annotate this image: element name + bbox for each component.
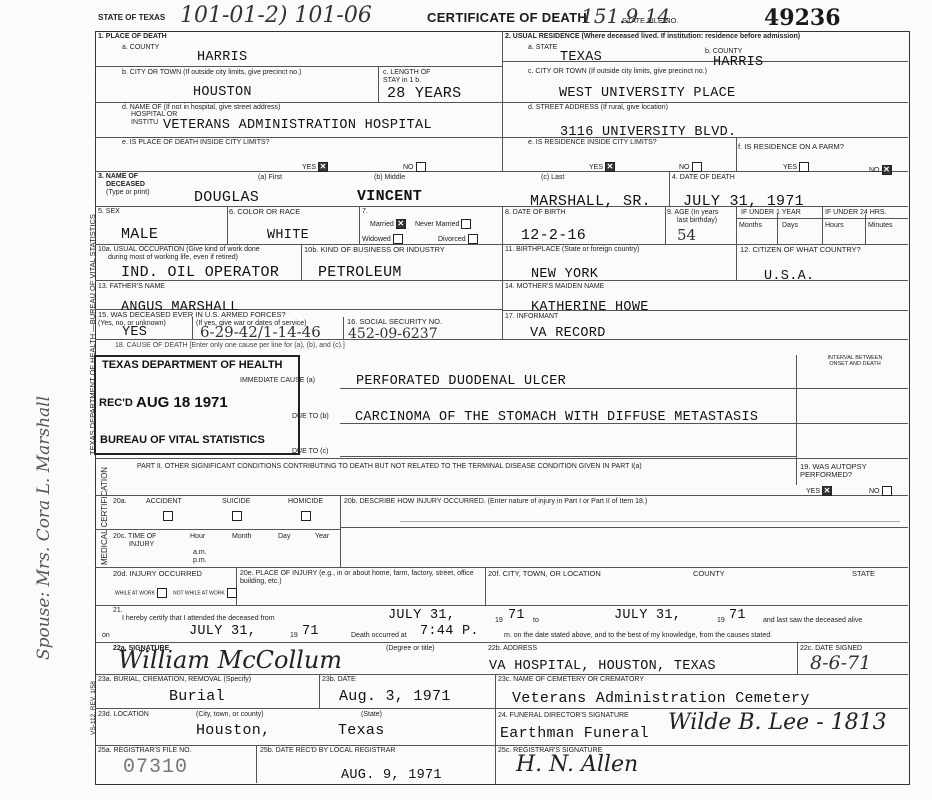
race-label: 6. COLOR OR RACE	[229, 208, 300, 216]
hospital-name[interactable]: VETERANS ADMINISTRATION HOSPITAL	[163, 118, 432, 133]
time-of-death[interactable]: 7:44 P.	[420, 624, 479, 639]
autopsy-label: 19. WAS AUTOPSY PERFORMED?	[800, 463, 904, 479]
homicide-label: HOMICIDE	[288, 498, 323, 506]
farm-no-checkbox[interactable]: NO✕	[869, 165, 892, 175]
physician-address[interactable]: VA HOSPITAL, HOUSTON, TEXAS	[489, 659, 716, 674]
attended-from-date[interactable]: JULY 31,	[388, 608, 455, 623]
days-label: Days	[782, 222, 798, 230]
middle-name[interactable]: VINCENT	[357, 188, 422, 205]
suicide-label: SUICIDE	[222, 498, 250, 506]
divorced-checkbox[interactable]: Divorced	[438, 234, 478, 244]
res-state[interactable]: TEXAS	[560, 50, 602, 65]
age-label-1: 9. AGE (In years	[667, 209, 718, 217]
burial-city[interactable]: Houston,	[196, 722, 270, 739]
res-street[interactable]: 3116 UNIVERSITY BLVD.	[560, 125, 736, 140]
death-inside-limits-label: e. IS PLACE OF DEATH INSIDE CITY LIMITS?	[122, 139, 270, 147]
social-security-no[interactable]: 452-09-6237	[348, 326, 438, 342]
registrar-file-label: 25a. REGISTRAR'S FILE NO.	[98, 747, 192, 755]
am-label: a.m.	[193, 549, 207, 557]
name-label-3: (Type or print)	[106, 189, 150, 197]
registrar-signature[interactable]: H. N. Allen	[516, 752, 638, 777]
age[interactable]: 54	[677, 226, 696, 244]
date-of-death-label: 4. DATE OF DEATH	[672, 174, 735, 182]
part2-label: PART II. OTHER SIGNIFICANT CONDITIONS CO…	[137, 463, 642, 471]
occurred-at-text: Death occurred at	[351, 632, 407, 640]
injury-type-label: 20a.	[113, 498, 127, 506]
on-year-prefix: 19	[290, 632, 298, 640]
date-of-birth[interactable]: 12-2-16	[521, 227, 586, 244]
burial-location-label: 23d. LOCATION	[98, 711, 149, 719]
name-label-2: DECEASED	[106, 181, 145, 189]
residence-label: 2. USUAL RESIDENCE (Where deceased lived…	[505, 33, 800, 41]
citizen-label: 12. CITIZEN OF WHAT COUNTRY?	[740, 246, 861, 254]
death-inside-yes-checkbox[interactable]: YES✕	[302, 162, 328, 172]
res-street-label: d. STREET ADDRESS (If rural, give locati…	[528, 104, 668, 112]
state-label: STATE OF TEXAS	[98, 14, 165, 22]
due-to-b[interactable]: CARCINOMA OF THE STOMACH WITH DIFFUSE ME…	[355, 410, 758, 425]
married-checkbox[interactable]: Married✕	[370, 219, 406, 229]
stamp-date: AUG 18 1971	[136, 394, 228, 411]
burial-state-label: (State)	[361, 711, 382, 719]
minutes-label: Minutes	[868, 222, 893, 230]
under-24-label: IF UNDER 24 HRS.	[825, 209, 886, 217]
occupation-label-1: 10a. USUAL OCCUPATION (Give kind of work…	[98, 246, 260, 254]
handwritten-codes: 101-01-2) 101-06	[180, 3, 372, 28]
hour-label: Hour	[190, 533, 205, 541]
res-inside-yes-checkbox[interactable]: YES✕	[589, 162, 615, 172]
injury-occurred-label: 20d. INJURY OCCURRED	[113, 570, 202, 578]
death-county[interactable]: HARRIS	[197, 50, 247, 65]
burial-method-label: 23a. BURIAL, CREMATION, REMOVAL (Specify…	[98, 676, 251, 684]
farm-label: f. IS RESIDENCE ON A FARM?	[738, 143, 844, 151]
place-of-death-label: 1. PLACE OF DEATH	[98, 33, 167, 41]
not-while-at-work-checkbox[interactable]: NOT WHILE AT WORK	[173, 588, 237, 598]
attended-from-year[interactable]: 71	[508, 608, 525, 623]
death-city[interactable]: HOUSTON	[193, 85, 252, 100]
funeral-director-label: 24. FUNERAL DIRECTOR'S SIGNATURE	[498, 712, 629, 720]
hours-label: Hours	[825, 222, 844, 230]
day-label: Day	[278, 533, 290, 541]
injury-state-label: STATE	[852, 570, 875, 578]
on-year[interactable]: 71	[302, 624, 319, 639]
birthplace[interactable]: NEW YORK	[531, 267, 598, 282]
to-text: to	[533, 617, 539, 625]
name-label-1: 3. NAME OF	[98, 173, 138, 181]
last-name-label: (c) Last	[541, 174, 564, 182]
accident-checkbox[interactable]	[161, 511, 173, 521]
registrar-file-no[interactable]: 07310	[123, 756, 188, 779]
certificate-title: CERTIFICATE OF DEATH	[427, 10, 587, 25]
time-of-injury-label-2: INJURY	[129, 541, 154, 549]
attended-text: I hereby certify that I attended the dec…	[122, 615, 275, 623]
autopsy-no-checkbox[interactable]: NO	[869, 486, 892, 496]
while-at-work-checkbox[interactable]: WHILE AT WORK	[115, 588, 167, 598]
death-city-label: b. CITY OR TOWN (If outside city limits,…	[122, 69, 301, 77]
ssn-label: 16. SOCIAL SECURITY NO.	[347, 318, 442, 326]
attended-to-year[interactable]: 71	[729, 608, 746, 623]
injury-county-label: COUNTY	[693, 570, 725, 578]
cert-tail-text: m. on the date stated above, and to the …	[504, 632, 772, 640]
dob-label: 8. DATE OF BIRTH	[505, 209, 565, 217]
mother-label: 14. MOTHER'S MAIDEN NAME	[505, 283, 604, 291]
state-file-number: 49236	[764, 5, 841, 31]
injury-location-label: 20f. CITY, TOWN, OR LOCATION	[488, 570, 601, 578]
month-label: Month	[232, 533, 251, 541]
physician-signature[interactable]: William McCollum	[118, 646, 342, 674]
burial-state[interactable]: Texas	[338, 722, 385, 739]
describe-injury-label: 20b. DESCRIBE HOW INJURY OCCURRED. (Ente…	[344, 498, 647, 506]
res-city[interactable]: WEST UNIVERSITY PLACE	[559, 86, 735, 101]
to-year-prefix: 19	[717, 617, 725, 625]
suicide-checkbox[interactable]	[230, 511, 242, 521]
death-inside-no-checkbox[interactable]: NO	[403, 162, 426, 172]
race[interactable]: WHITE	[267, 228, 309, 243]
industry-label: 10b. KIND OF BUSINESS OR INDUSTRY	[304, 246, 445, 254]
place-of-injury-label: 20e. PLACE OF INJURY (e.g., in or about …	[240, 570, 485, 586]
cemetery-label: 23c. NAME OF CEMETERY OR CREMATORY	[498, 676, 644, 684]
farm-yes-checkbox[interactable]: YES	[783, 162, 809, 172]
on-text: on	[102, 632, 110, 640]
industry[interactable]: PETROLEUM	[318, 264, 402, 281]
year-label: Year	[315, 533, 329, 541]
occupation[interactable]: IND. OIL OPERATOR	[121, 264, 279, 281]
received-stamp: TEXAS DEPARTMENT OF HEALTH REC'D AUG 18 …	[94, 355, 300, 455]
occupation-label-2: during most of working life, even if ret…	[108, 254, 238, 262]
last-saw-text: and last saw the deceased alive	[763, 617, 862, 625]
registrar-date-label: 25b. DATE REC'D BY LOCAL REGISTRAR	[260, 747, 395, 755]
father-label: 13. FATHER'S NAME	[98, 283, 165, 291]
service-dates[interactable]: 6-29-42/1-14-46	[200, 323, 321, 341]
attended-to-date[interactable]: JULY 31,	[614, 608, 681, 623]
res-inside-no-checkbox[interactable]: NO	[679, 162, 702, 172]
accident-label: ACCIDENT	[146, 498, 182, 506]
immediate-cause[interactable]: PERFORATED DUODENAL ULCER	[356, 374, 566, 389]
date-of-death[interactable]: JULY 31, 1971	[683, 193, 804, 210]
first-name[interactable]: DOUGLAS	[194, 189, 259, 206]
stamp-recd: REC'D	[99, 397, 133, 409]
first-name-label: (a) First	[258, 174, 282, 182]
funeral-home[interactable]: Earthman Funeral	[500, 725, 649, 742]
armed-forces-label: 15. WAS DECEASED EVER IN U.S. ARMED FORC…	[98, 311, 286, 319]
funeral-director-signature[interactable]: Wilde B. Lee - 1813	[668, 710, 887, 735]
registrar-date[interactable]: AUG. 9, 1971	[341, 768, 442, 783]
never-married-checkbox[interactable]: Never Married	[415, 219, 471, 229]
stamp-dept: TEXAS DEPARTMENT OF HEALTH	[102, 359, 282, 371]
hospital-label-3: INSTITU	[131, 119, 158, 127]
on-date[interactable]: JULY 31,	[189, 624, 256, 639]
marital-num: 7.	[362, 208, 368, 216]
state-file-label: STATE FILE NO.	[622, 17, 678, 25]
homicide-checkbox[interactable]	[299, 511, 311, 521]
informant[interactable]: VA RECORD	[530, 326, 606, 341]
date-signed[interactable]: 8-6-71	[810, 652, 871, 674]
burial-method[interactable]: Burial	[169, 688, 225, 705]
sex[interactable]: MALE	[121, 226, 158, 243]
from-year-prefix: 19	[495, 617, 503, 625]
spouse-note: Spouse: Mrs. Cora L. Marshall	[34, 396, 54, 660]
citizen[interactable]: U.S.A.	[764, 269, 814, 284]
sex-label: 5. SEX	[98, 208, 120, 216]
months-label: Months	[739, 222, 762, 230]
autopsy-yes-checkbox[interactable]: YES✕	[806, 486, 832, 496]
burial-date[interactable]: Aug. 3, 1971	[339, 688, 451, 705]
time-of-injury-label-1: 20c. TIME OF	[113, 533, 156, 541]
burial-city-label: (City, town, or county)	[196, 711, 264, 719]
cert-num: 21.	[113, 607, 123, 615]
length-of-stay[interactable]: 28 YEARS	[387, 85, 461, 102]
armed-forces[interactable]: YES	[122, 325, 147, 340]
res-inside-limits-label: e. IS RESIDENCE INSIDE CITY LIMITS?	[528, 139, 657, 147]
burial-date-label: 23b. DATE	[322, 676, 356, 684]
stamp-bureau: BUREAU OF VITAL STATISTICS	[100, 434, 265, 446]
cause-label: 18. CAUSE OF DEATH [Enter only one cause…	[115, 342, 345, 350]
cemetery-name[interactable]: Veterans Administration Cemetery	[512, 690, 810, 707]
under-year-label: IF UNDER 1 YEAR	[741, 209, 801, 217]
age-label-2: last birthday)	[677, 217, 717, 225]
address-label: 22b. ADDRESS	[488, 645, 537, 653]
interval-label: INTERVAL BETWEEN ONSET AND DEATH	[820, 355, 890, 367]
res-city-label: c. CITY OR TOWN (If outside city limits,…	[528, 68, 707, 76]
res-county[interactable]: HARRIS	[713, 55, 763, 70]
res-state-label: a. STATE	[528, 44, 557, 52]
widowed-checkbox[interactable]: Widowed	[362, 234, 403, 244]
degree-label: (Degree or title)	[386, 645, 435, 653]
pm-label: p.m.	[193, 557, 207, 565]
length-of-stay-label: c. LENGTH OF STAY in 1 b.	[383, 69, 443, 85]
informant-label: 17. INFORMANT	[505, 313, 558, 321]
death-county-label: a. COUNTY	[122, 44, 159, 52]
last-name[interactable]: MARSHALL, SR.	[530, 193, 651, 210]
birthplace-label: 11. BIRTHPLACE (State or foreign country…	[505, 246, 639, 254]
middle-name-label: (b) Middle	[374, 174, 405, 182]
